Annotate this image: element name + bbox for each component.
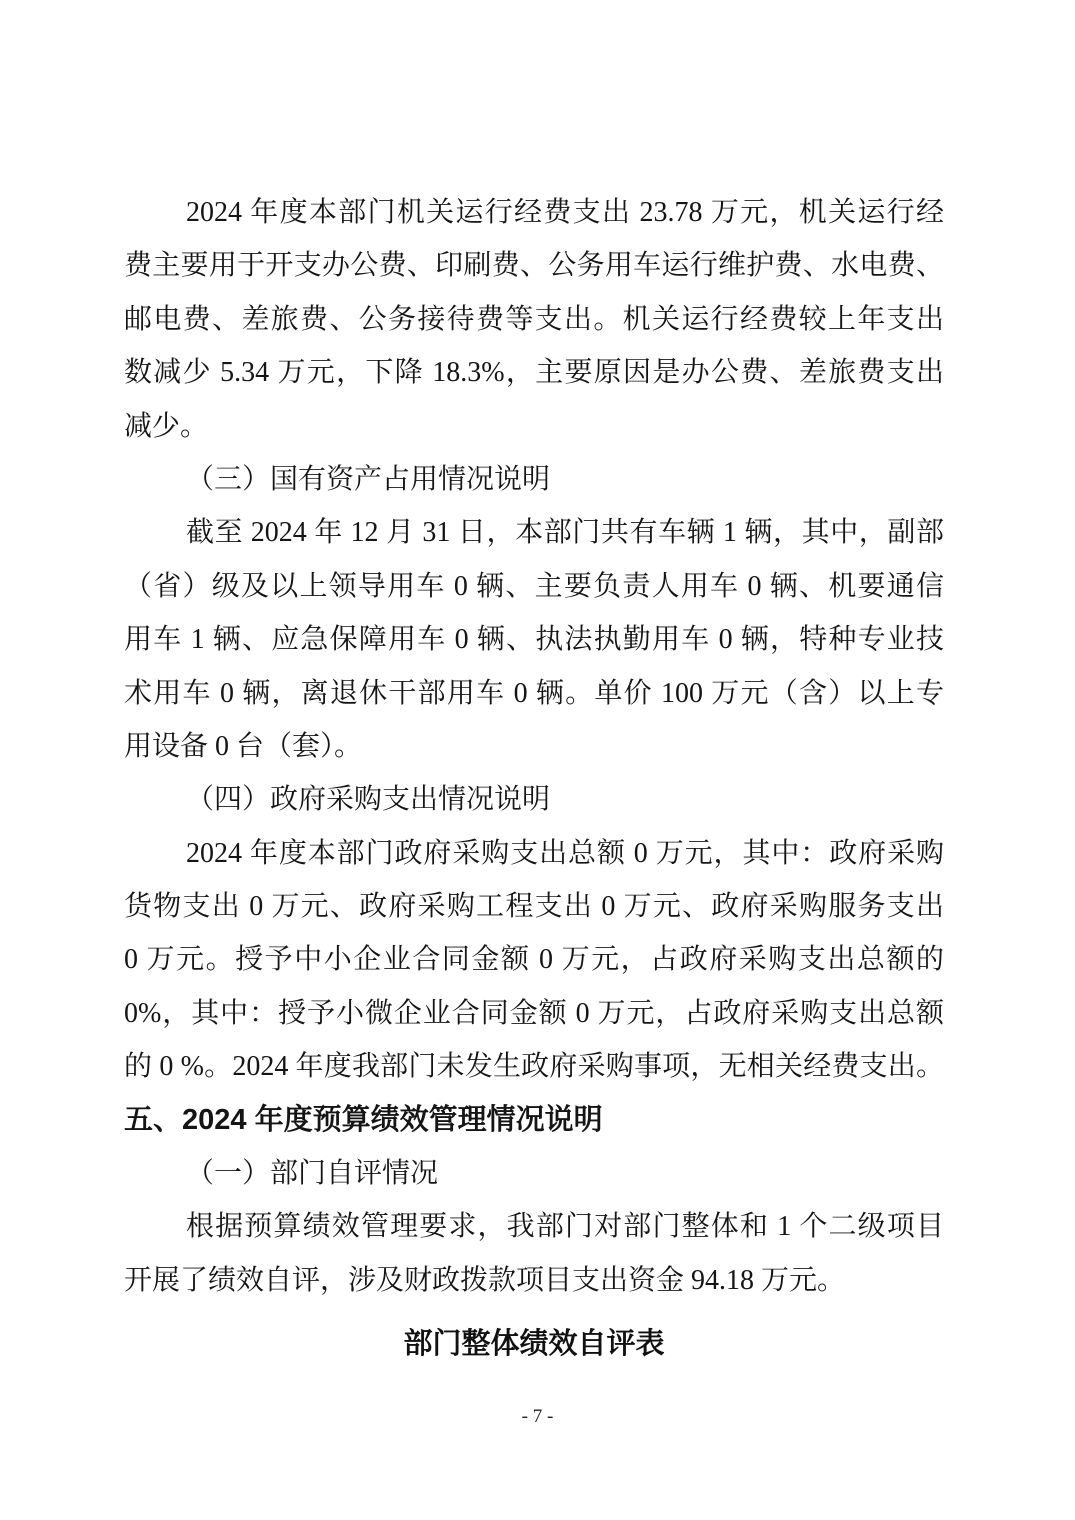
paragraph-line: 数减少 5.34 万元，下降 18.3%，主要原因是办公费、差旅费支出: [124, 346, 944, 399]
paragraph-line: 用设备 0 台（套）。: [124, 720, 944, 773]
section-heading-self-evaluation: （一）部门自评情况: [124, 1147, 944, 1200]
paragraph-line: 减少。: [124, 400, 944, 453]
page-number: - 7 -: [0, 1404, 1075, 1430]
document-page: 2024 年度本部门机关运行经费支出 23.78 万元，机关运行经 费主要用于开…: [0, 0, 1075, 1520]
paragraph-line: 0%，其中：授予小微企业合同金额 0 万元，占政府采购支出总额: [124, 987, 944, 1040]
paragraph-line: 用车 1 辆、应急保障用车 0 辆、执法执勤用车 0 辆，特种专业技: [124, 613, 944, 666]
paragraph-line: 费主要用于开支办公费、印刷费、公务用车运行维护费、水电费、: [124, 239, 944, 292]
paragraph-line: 根据预算绩效管理要求，我部门对部门整体和 1 个二级项目: [124, 1200, 944, 1253]
paragraph-line: 开展了绩效自评，涉及财政拨款项目支出资金 94.18 万元。: [124, 1254, 944, 1307]
section-heading-gov-procurement: （四）政府采购支出情况说明: [124, 773, 944, 826]
paragraph-line: 的 0 %。2024 年度我部门未发生政府采购事项，无相关经费支出。: [124, 1040, 944, 1093]
paragraph-line: 截至 2024 年 12 月 31 日，本部门共有车辆 1 辆，其中，副部: [124, 506, 944, 559]
table-title: 部门整体绩效自评表: [124, 1316, 944, 1372]
paragraph-line: 2024 年度本部门政府采购支出总额 0 万元，其中：政府采购: [124, 827, 944, 880]
paragraph-line: 2024 年度本部门机关运行经费支出 23.78 万元，机关运行经: [124, 186, 944, 239]
chapter-heading-budget-performance: 五、2024 年度预算绩效管理情况说明: [124, 1094, 944, 1147]
document-body: 2024 年度本部门机关运行经费支出 23.78 万元，机关运行经 费主要用于开…: [124, 186, 944, 1372]
paragraph-line: 术用车 0 辆，离退休干部用车 0 辆。单价 100 万元（含）以上专: [124, 667, 944, 720]
paragraph-line: 0 万元。授予中小企业合同金额 0 万元，占政府采购支出总额的: [124, 933, 944, 986]
section-heading-state-assets: （三）国有资产占用情况说明: [124, 453, 944, 506]
paragraph-line: 邮电费、差旅费、公务接待费等支出。机关运行经费较上年支出: [124, 293, 944, 346]
paragraph-line: （省）级及以上领导用车 0 辆、主要负责人用车 0 辆、机要通信: [124, 560, 944, 613]
paragraph-line: 货物支出 0 万元、政府采购工程支出 0 万元、政府采购服务支出: [124, 880, 944, 933]
